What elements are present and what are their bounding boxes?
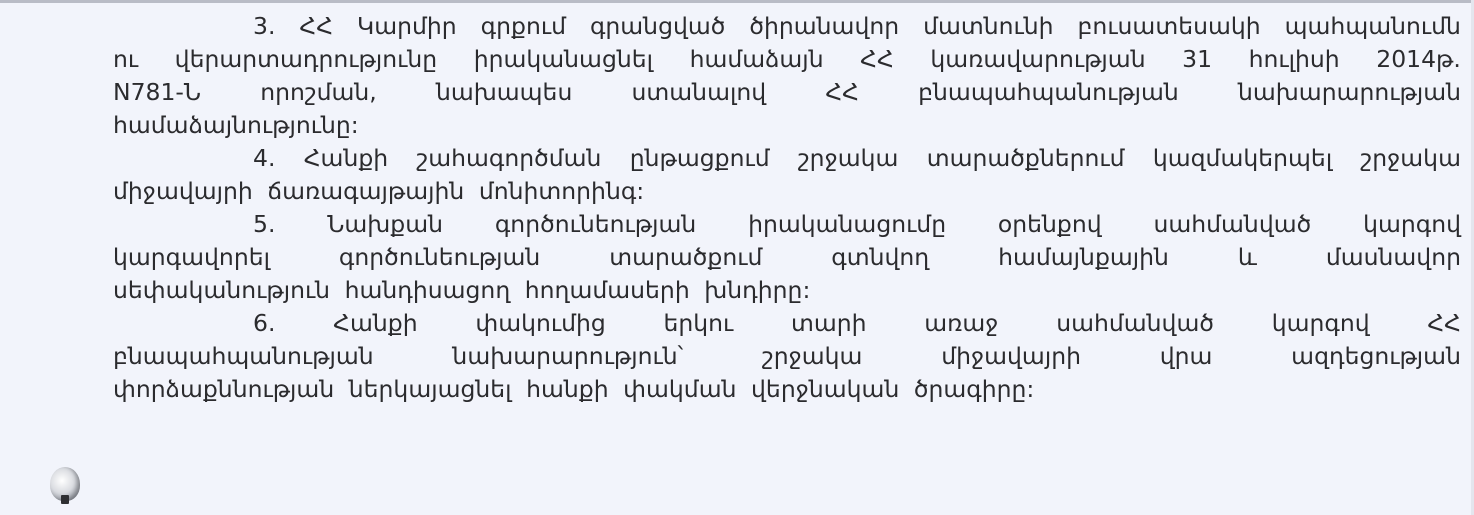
paragraph-6: 6. Հանքի փակումից երկու տարի առաջ սահման…	[113, 307, 1461, 406]
word: իրականացնել	[474, 43, 653, 76]
word: ճառագայթային	[267, 175, 464, 208]
word: մոնիտորինգ:	[479, 175, 644, 208]
word: կարգով	[1363, 208, 1461, 241]
word: շահագործման	[417, 142, 602, 175]
word: հողամասերի	[525, 274, 690, 307]
word: գրքում	[481, 10, 566, 43]
paragraph-line: ու վերարտադրությունը իրականացնել համաձայ…	[113, 43, 1461, 76]
word: հուլիսի	[1249, 43, 1340, 76]
paragraph-line: 3. ՀՀ Կարմիր գրքում գրանցված ծիրանավոր մ…	[113, 10, 1461, 43]
word: բուսատեսակի	[1078, 10, 1261, 43]
paragraph-line: համաձայնությունը:	[113, 109, 1461, 142]
paragraph-5: 5. Նախքան գործունեության իրականացումը օր…	[113, 208, 1461, 307]
word: փակման	[623, 373, 736, 406]
word: ընթացքում	[630, 142, 770, 175]
paragraph-line: սեփականություն հանդիսացող հողամասերի խնդ…	[113, 274, 1461, 307]
paragraph-line: բնապահպանության նախարարություն՝ շրջակա մ…	[113, 340, 1461, 373]
word: կազմակերպել	[1153, 142, 1332, 175]
word: ՀՀ	[825, 76, 859, 109]
word: Կարմիր	[357, 10, 457, 43]
word: Հանքի	[333, 307, 417, 340]
word: սահմանված	[1153, 208, 1311, 241]
word: ծրագիրը:	[914, 373, 1034, 406]
item-number: 6.	[253, 307, 275, 340]
paragraph-3: 3. ՀՀ Կարմիր գրքում գրանցված ծիրանավոր մ…	[113, 10, 1461, 142]
word: գործունեության	[339, 241, 540, 274]
word: ծիրանավոր	[749, 10, 899, 43]
word: գրանցված	[590, 10, 725, 43]
word: բնապահպանության	[918, 76, 1179, 109]
word: շրջակա	[1361, 142, 1461, 175]
seal-stamp-icon	[50, 467, 80, 501]
word: մասնավոր	[1326, 241, 1461, 274]
word: ՀՀ	[860, 43, 894, 76]
word: տարածքներում	[927, 142, 1125, 175]
paragraph-line: կարգավորել գործունեության տարածքում գտնվ…	[113, 241, 1461, 274]
word: երկու	[663, 307, 733, 340]
paragraph-line: 6. Հանքի փակումից երկու տարի առաջ սահման…	[113, 307, 1461, 340]
word: հանդիսացող	[345, 274, 511, 307]
word: ստանալով	[632, 76, 767, 109]
word: տարի	[791, 307, 867, 340]
word: կարգավորել	[113, 241, 270, 274]
word: գործունեության	[495, 208, 696, 241]
word: իրականացումը	[748, 208, 946, 241]
paragraph-line: N781-Ն որոշման, նախապես ստանալով ՀՀ բնապ…	[113, 76, 1461, 109]
word: վերջնական	[751, 373, 899, 406]
paragraph-4: 4. Հանքի շահագործման ընթացքում շրջակա տա…	[113, 142, 1461, 208]
paragraph-line: 4. Հանքի շահագործման ընթացքում շրջակա տա…	[113, 142, 1461, 175]
paragraph-line: փորձաքննության ներկայացնել հանքի փակման …	[113, 373, 1461, 406]
word: շրջակա	[762, 340, 862, 373]
word: միջավայրի	[941, 340, 1081, 373]
word: հանքի	[526, 373, 609, 406]
word: որոշման,	[260, 76, 377, 109]
word: վերարտադրությունը	[175, 43, 437, 76]
word: և	[1238, 241, 1257, 274]
word: սահմանված	[1056, 307, 1214, 340]
word: խնդիրը:	[704, 274, 810, 307]
word: առաջ	[924, 307, 998, 340]
item-number: 5.	[253, 208, 275, 241]
word: Նախքան	[327, 208, 443, 241]
paragraph-line: միջավայրի ճառագայթային մոնիտորինգ:	[113, 175, 1461, 208]
word: տարածքում	[609, 241, 762, 274]
word: շրջակա	[798, 142, 898, 175]
item-number: 3.	[253, 10, 275, 43]
word: N781-Ն	[113, 76, 201, 109]
word: Հանքի	[304, 142, 388, 175]
word: վրա	[1160, 340, 1213, 373]
word: ներկայացնել	[349, 373, 512, 406]
word: ու	[113, 43, 138, 76]
word: սեփականություն	[113, 274, 330, 307]
word: փորձաքննության	[113, 373, 334, 406]
scan-top-edge	[0, 0, 1474, 3]
word: գտնվող	[831, 241, 929, 274]
word: ազդեցության	[1291, 340, 1461, 373]
word: միջավայրի	[113, 175, 253, 208]
word: կառավարության	[930, 43, 1145, 76]
word: նախարարության	[1238, 76, 1461, 109]
word: ՀՀ	[299, 10, 333, 43]
word: պահպանումն	[1285, 10, 1461, 43]
word: ՀՀ	[1427, 307, 1461, 340]
word: բնապահպանության	[113, 340, 374, 373]
document-page: 3. ՀՀ Կարմիր գրքում գրանցված ծիրանավոր մ…	[113, 10, 1461, 406]
word: համաձայն	[690, 43, 824, 76]
word: նախապես	[436, 76, 572, 109]
word: օրենքով	[998, 208, 1102, 241]
word: մատնունի	[923, 10, 1053, 43]
item-number: 4.	[253, 142, 275, 175]
word: կարգով	[1272, 307, 1370, 340]
word: համայնքային	[998, 241, 1169, 274]
word: փակումից	[475, 307, 605, 340]
word: նախարարություն՝	[452, 340, 683, 373]
word: 31	[1182, 43, 1212, 76]
word: 2014թ.	[1376, 43, 1461, 76]
paragraph-line: 5. Նախքան գործունեության իրականացումը օր…	[113, 208, 1461, 241]
word: համաձայնությունը:	[113, 109, 359, 142]
